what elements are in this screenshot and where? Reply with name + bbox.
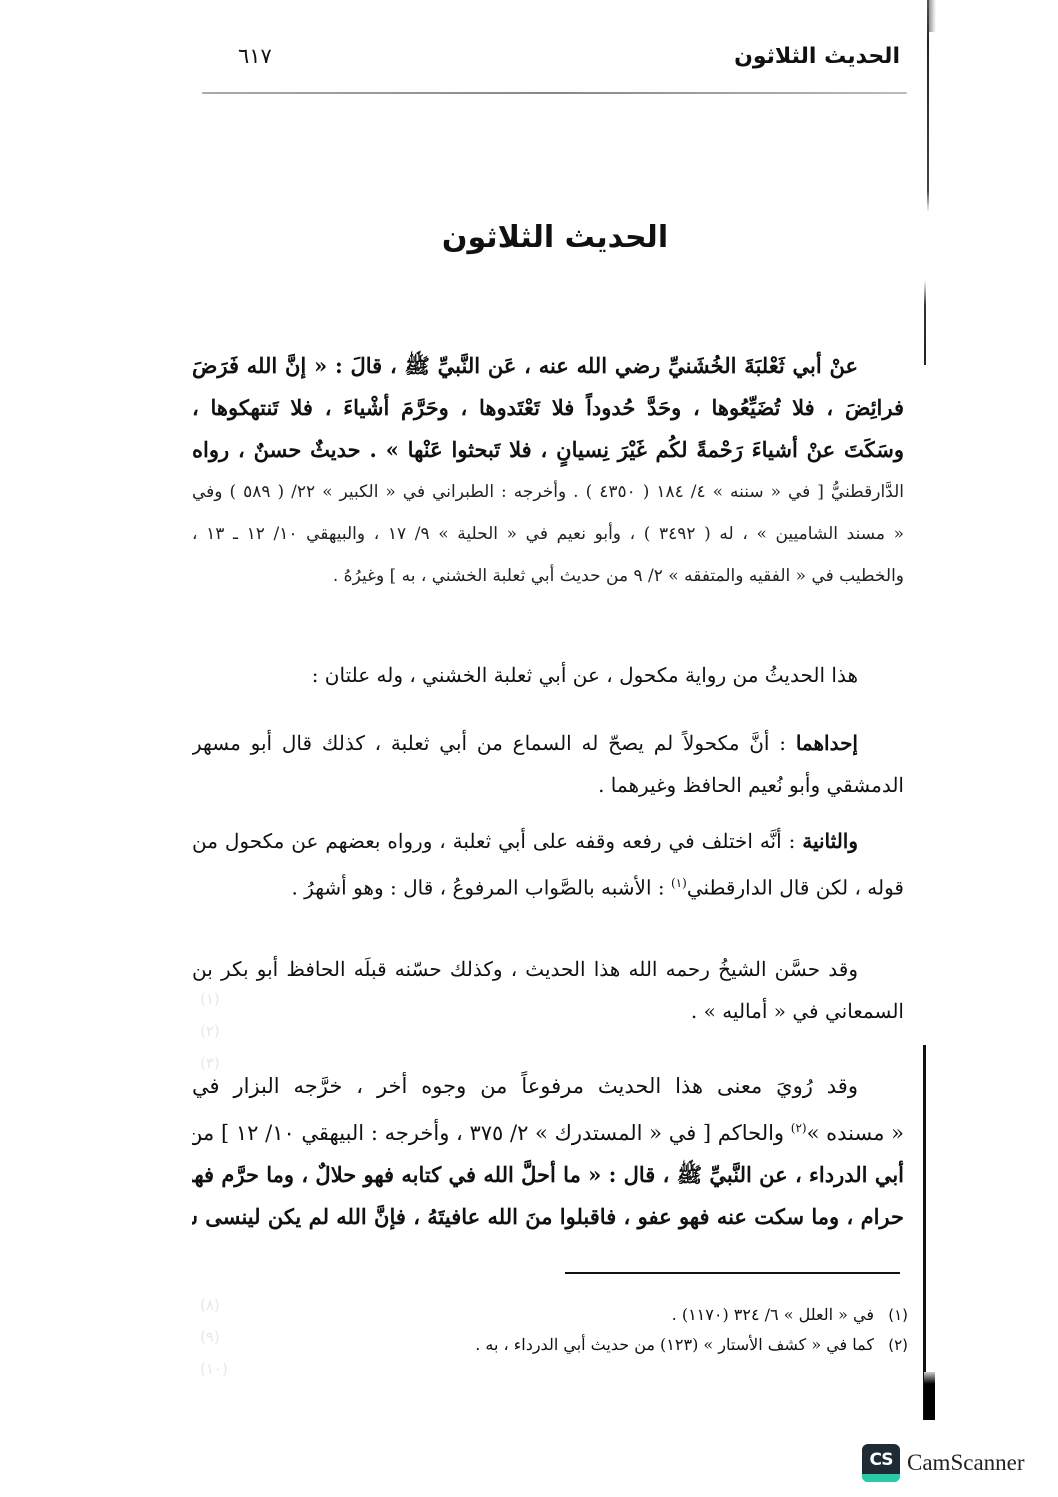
hadith-line: عنْ أبي ثَعْلبَةَ الخُشَنيِّ رضي الله عن… [192, 345, 904, 387]
camscanner-name: CamScanner [907, 1450, 1025, 1476]
hasan-paragraph: وقد حسَّن الشيخُ رحمه الله هذا الحديث ، … [192, 948, 904, 1032]
footnote-ref[interactable]: (١) [671, 876, 687, 890]
second-label: والثانية [802, 829, 858, 853]
other-narrations-paragraph: وقد رُويَ معنى هذا الحديث مرفوعاً من وجو… [192, 1065, 904, 1238]
footnotes: (١)في « العلل » ٦/ ٣٢٤ (١١٧٠) . (٢)كما ف… [300, 1300, 908, 1360]
chapter-title: الحديث الثلاثون [340, 220, 770, 255]
footnote-item: (٢)كما في « كشف الأستار » (١٢٣) من حديث … [300, 1330, 908, 1360]
footnote-item: (١)في « العلل » ٦/ ٣٢٤ (١١٧٠) . [300, 1300, 908, 1330]
footnote-number: (١) [874, 1300, 908, 1330]
running-header: الحديث الثلاثون ٦١٧ [200, 40, 900, 90]
paragraph-line: السمعاني في « أماليه » . [192, 990, 904, 1032]
paragraph-line: حرام ، وما سكت عنه فهو عفو ، فاقبلوا منَ… [192, 1196, 904, 1238]
footnote-number: (٢) [874, 1330, 908, 1360]
bleed-through-text: (٨) [200, 1296, 220, 1314]
footnote-divider [565, 1272, 900, 1274]
camscanner-watermark: CS CamScanner [862, 1441, 1025, 1485]
camscanner-logo-icon: CS [862, 1444, 900, 1482]
paragraph-line: والثانية : أنَّه اختلف في رفعه وقفه على … [192, 820, 904, 862]
paragraph-line: قوله ، لكن قال الدارقطني(١) : الأشبه بال… [192, 862, 904, 909]
bleed-through-text: (٣) [200, 1054, 220, 1072]
running-title: الحديث الثلاثون [734, 44, 900, 69]
paragraph-line: وقد رُويَ معنى هذا الحديث مرفوعاً من وجو… [192, 1065, 904, 1107]
paragraph-line: أبي الدرداء ، عن النَّبيِّ ﷺ ، قال : « م… [192, 1154, 904, 1196]
scan-edge-shadow [924, 1372, 935, 1420]
page-number: ٦١٧ [238, 44, 272, 68]
scan-edge-shadow [928, 0, 936, 32]
bleed-through-text: (١) [200, 990, 220, 1008]
hadith-paragraph: عنْ أبي ثَعْلبَةَ الخُشَنيِّ رضي الله عن… [192, 345, 904, 597]
hadith-line: فرائِضَ ، فلا تُضَيِّعُوها ، وحَدَّ حُدو… [192, 387, 904, 429]
paragraph-line: إحداهما : أنَّ مكحولاً لم يصحّ له السماع… [192, 722, 904, 764]
footnote-ref[interactable]: (٢) [791, 1121, 807, 1135]
scanned-page: الحديث الثلاثون ٦١٧ الحديث الثلاثون عنْ … [0, 0, 1058, 1497]
bleed-through-text: (١٠) [200, 1360, 228, 1378]
intro-line: هذا الحديثُ من رواية مكحول ، عن أبي ثعلب… [192, 655, 904, 695]
header-divider [202, 92, 907, 94]
paragraph-line: وقد حسَّن الشيخُ رحمه الله هذا الحديث ، … [192, 948, 904, 990]
intro-paragraph: هذا الحديثُ من رواية مكحول ، عن أبي ثعلب… [192, 655, 904, 695]
first-label: إحداهما [796, 731, 858, 755]
paragraph-line: « مسنده »(٢) والحاكم [ في « المستدرك » ٢… [192, 1107, 904, 1154]
bleed-through-text: (٩) [200, 1328, 220, 1346]
paragraph-line: الدمشقي وأبو نُعيم الحافظ وغيرهما . [192, 764, 904, 806]
bleed-through-text: (٢) [200, 1022, 220, 1040]
first-illness-paragraph: إحداهما : أنَّ مكحولاً لم يصحّ له السماع… [192, 722, 904, 806]
takhrij-line: والخطيب في « الفقيه والمتفقه » ٢/ ٩ من ح… [192, 555, 904, 597]
scan-edge-line [923, 1045, 926, 1420]
footnote-text: في « العلل » ٦/ ٣٢٤ (١١٧٠) . [672, 1305, 874, 1324]
hadith-line: وسَكَتَ عنْ أشياءَ رَحْمةً لكُم غَيْرَ ن… [192, 429, 904, 471]
scan-edge-line [927, 0, 929, 212]
takhrij-line: الدَّارقطنيُّ [ في « سننه » ٤/ ١٨٤ ( ٤٣٥… [192, 471, 904, 513]
second-illness-paragraph: والثانية : أنَّه اختلف في رفعه وقفه على … [192, 820, 904, 909]
takhrij-line: « مسند الشاميين » ، له ( ٣٤٩٢ ) ، وأبو ن… [192, 513, 904, 555]
footnote-text: كما في « كشف الأستار » (١٢٣) من حديث أبي… [475, 1335, 874, 1354]
scan-edge-line [924, 280, 926, 365]
